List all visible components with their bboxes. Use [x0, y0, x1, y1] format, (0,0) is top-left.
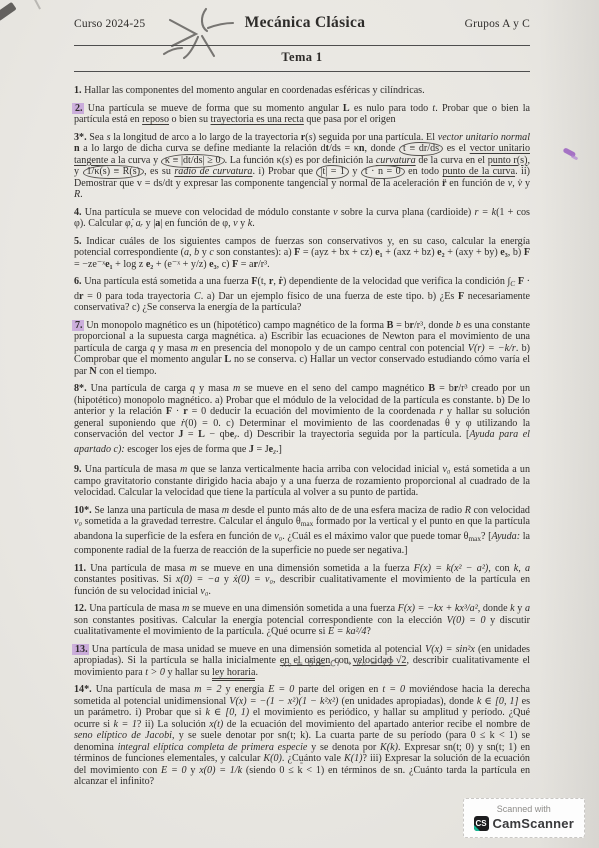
scanned-document-page: Curso 2024-25 Mecánica Clásica Grupos A …	[0, 0, 599, 848]
problem-11: 11. Una partícula de masa m se mueve en …	[74, 563, 530, 598]
handwritten-note: x₀ = 0 ∈ CI → v₀ = √2	[282, 658, 395, 671]
problem-6: 6. Una partícula está sometida a una fue…	[74, 276, 530, 314]
section-title: Tema 1	[74, 46, 530, 71]
header-groups: Grupos A y C	[465, 18, 530, 30]
problem-10: 10*. Se lanza una partícula de masa m de…	[74, 505, 530, 557]
problem-8: 8*. Una partícula de carga q y masa m se…	[74, 383, 530, 458]
camscanner-logo-icon: CS	[474, 816, 489, 831]
problem-9: 9. Una partícula de masa m que se lanza …	[74, 464, 530, 499]
header-course: Curso 2024-25	[74, 18, 145, 30]
camscanner-scanned-with: Scanned with	[474, 804, 574, 814]
problem-12: 12. Una partícula de masa m se mueve en …	[74, 603, 530, 638]
problem-1: 1. Hallar las componentes del momento an…	[74, 85, 530, 97]
problem-4: 4. Una partícula se mueve con velocidad …	[74, 207, 530, 230]
problem-13: x₀ = 0 ∈ CI → v₀ = √213. Una partícula d…	[74, 644, 530, 679]
rule-bottom	[74, 71, 530, 72]
corner-scan-artifact	[0, 2, 17, 21]
problem-14: 14*. Una partícula de masa m = 2 y energ…	[74, 684, 530, 788]
pencil-stroke	[33, 0, 41, 9]
camscanner-name: CamScanner	[493, 816, 574, 831]
page-header: Curso 2024-25 Mecánica Clásica Grupos A …	[74, 14, 530, 32]
problem-3: 3*. Sea s la longitud de arco a lo largo…	[74, 132, 530, 201]
problem-list: 1. Hallar las componentes del momento an…	[74, 85, 530, 788]
purple-pen-mark-small	[571, 155, 579, 161]
problem-7: 7. Un monopolo magnético es un (hipotéti…	[74, 320, 530, 378]
page-title: Mecánica Clásica	[245, 14, 366, 32]
problem-5: 5. Indicar cuáles de los siguientes camp…	[74, 236, 530, 271]
camscanner-badge: Scanned with CS CamScanner	[463, 798, 585, 838]
problem-2: 2. Una partícula se mueve de forma que s…	[74, 103, 530, 126]
